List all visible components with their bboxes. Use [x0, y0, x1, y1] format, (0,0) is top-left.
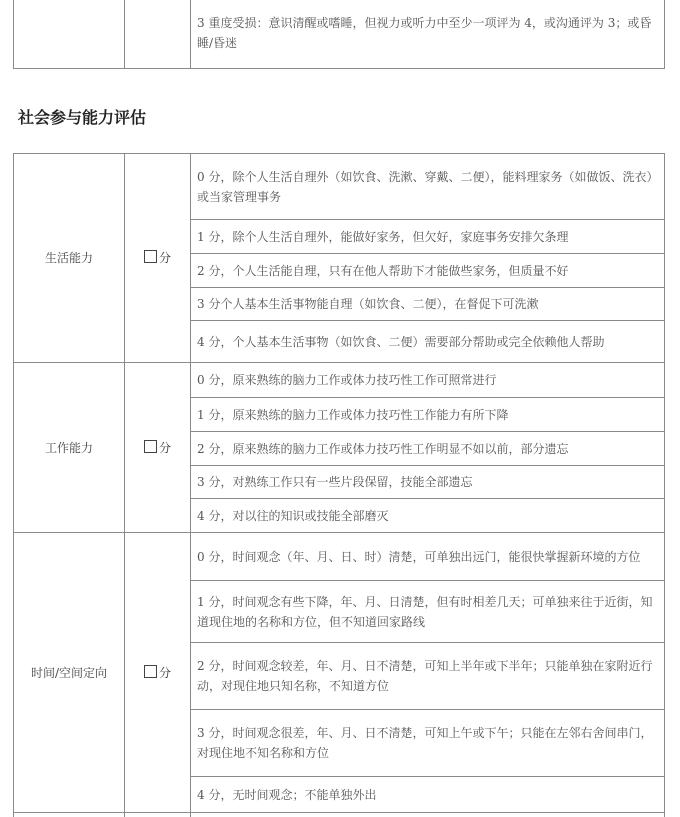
option-text: 4 分，个人基本生活事物（如饮食、二便）需要部分帮助或完全依赖他人帮助: [191, 321, 665, 363]
score-field[interactable]: 分: [125, 154, 191, 363]
option-text: 2 分，个人生活能自理，只有在他人帮助下才能做些家务，但质量不好: [191, 254, 665, 288]
category-orientation: 时间/空间定向: [14, 533, 125, 813]
option-text: 2 分，时间观念较差，年、月、日不清楚，可知上半年或下半年；只能单独在家附近行动…: [191, 643, 665, 710]
category-work-ability: 工作能力: [14, 363, 125, 533]
option-text: 4 分，对以往的知识或技能全部磨灭: [191, 499, 665, 533]
option-text: 3 分，对熟练工作只有一些片段保留，技能全部遗忘: [191, 466, 665, 499]
category-living-ability: 生活能力: [14, 154, 125, 363]
table-row: 时间/空间定向 分 0 分，时间观念（年、月、日、时）清楚，可单独出远门，能很快…: [14, 533, 665, 581]
checkbox-icon[interactable]: [144, 440, 157, 453]
table-row: 工作能力 分 0 分，原来熟练的脑力工作或体力技巧性工作可照常进行: [14, 363, 665, 398]
score-field[interactable]: 分: [125, 363, 191, 533]
option-text: 0 分，除个人生活自理外（如饮食、洗漱、穿戴、二便），能料理家务（如做饭、洗衣）…: [191, 154, 665, 220]
checkbox-icon[interactable]: [144, 665, 157, 678]
table-row: 生活能力 分 0 分，除个人生活自理外（如饮食、洗漱、穿戴、二便），能料理家务（…: [14, 154, 665, 220]
score-field[interactable]: 分: [125, 533, 191, 813]
category-cell: [14, 0, 125, 68]
option-text: 2 分，原来熟练的脑力工作或体力技巧性工作明显不如以前，部分遗忘: [191, 432, 665, 466]
section-title: 社会参与能力评估: [18, 105, 146, 128]
option-text: 1 分，除个人生活自理外，能做好家务，但欠好，家庭事务安排欠条理: [191, 220, 665, 254]
option-text: 3 分个人基本生活事物能自理（如饮食、二便），在督促下可洗漱: [191, 288, 665, 321]
option-text: 1 分，原来熟练的脑力工作或体力技巧性工作能力有所下降: [191, 398, 665, 432]
score-cell: [125, 0, 191, 68]
previous-assessment-table: 3 重度受损：意识清醒或嗜睡，但视力或听力中至少一项评为 4，或沟通评为 3；或…: [13, 0, 665, 69]
option-text: 1 分，时间观念有些下降，年、月、日清楚，但有时相差几天；可单独来往于近街，知道…: [191, 581, 665, 643]
option-text: 3 重度受损：意识清醒或嗜睡，但视力或听力中至少一项评为 4，或沟通评为 3；或…: [191, 0, 665, 68]
option-text: 0 分，原来熟练的脑力工作或体力技巧性工作可照常进行: [191, 363, 665, 398]
option-text: 4 分，无时间观念；不能单独外出: [191, 777, 665, 813]
option-text: 0 分，时间观念（年、月、日、时）清楚，可单独出远门，能很快掌握新环境的方位: [191, 533, 665, 581]
table-row: 3 重度受损：意识清醒或嗜睡，但视力或听力中至少一项评为 4，或沟通评为 3；或…: [14, 0, 665, 68]
social-participation-table: 生活能力 分 0 分，除个人生活自理外（如饮食、洗漱、穿戴、二便），能料理家务（…: [13, 153, 665, 817]
checkbox-icon[interactable]: [144, 250, 157, 263]
option-text: 3 分，时间观念很差，年、月、日不清楚，可知上午或下午；只能在左邻右舍间串门，对…: [191, 710, 665, 777]
table-row: [14, 813, 665, 817]
